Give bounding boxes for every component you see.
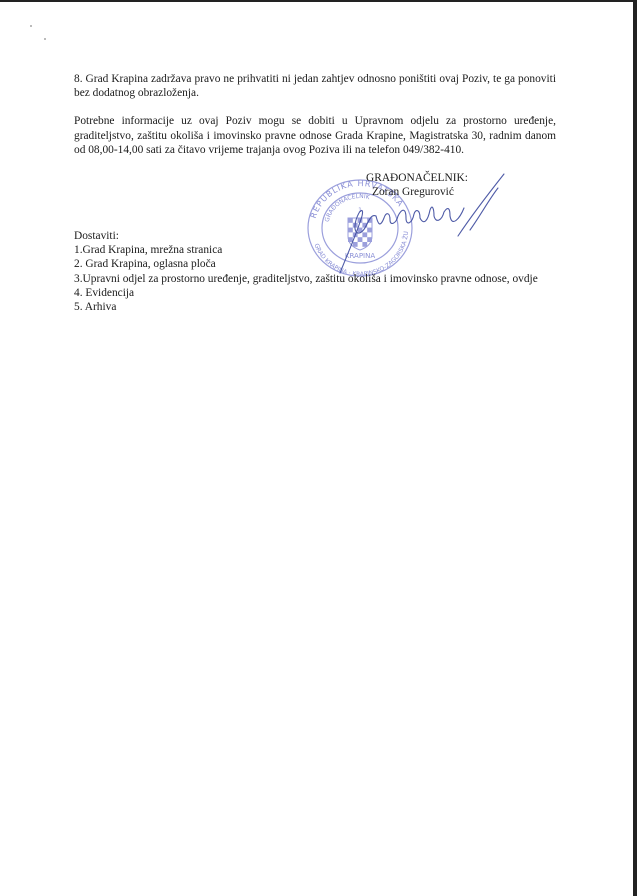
scan-speck [30, 25, 32, 27]
page-frame-top [0, 0, 637, 2]
distribution-item: 1.Grad Krapina, mrežna stranica [74, 243, 538, 257]
paragraph-clause-8: 8. Grad Krapina zadržava pravo ne prihva… [74, 72, 556, 100]
page-frame-right [633, 0, 637, 896]
distribution-item: 3.Upravni odjel za prostorno uređenje, g… [74, 272, 538, 286]
scan-speck [44, 38, 46, 40]
document-body: 8. Grad Krapina zadržava pravo ne prihva… [74, 72, 556, 157]
distribution-item: 5. Arhiva [74, 300, 538, 314]
distribution-list: Dostaviti: 1.Grad Krapina, mrežna strani… [74, 229, 538, 314]
distribution-item: 2. Grad Krapina, oglasna ploča [74, 257, 538, 271]
distribution-heading: Dostaviti: [74, 229, 538, 243]
distribution-item: 4. Evidencija [74, 286, 538, 300]
paragraph-information: Potrebne informacije uz ovaj Poziv mogu … [74, 114, 556, 157]
